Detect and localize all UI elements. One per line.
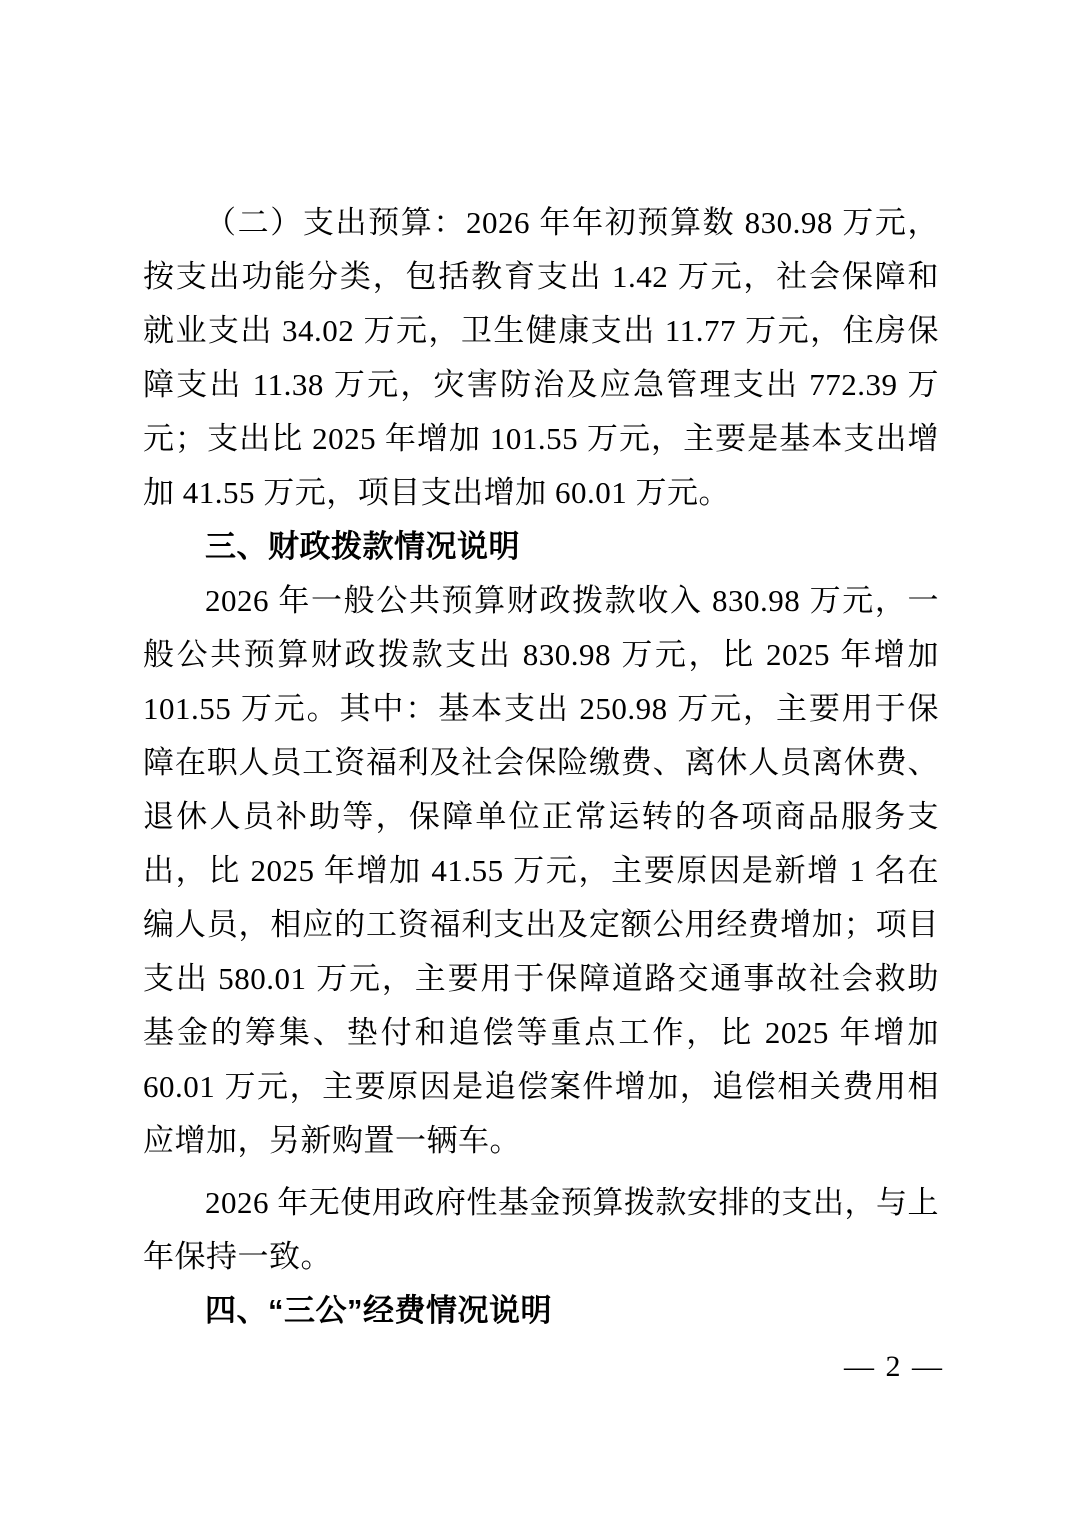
section-heading-fiscal-appropriation: 三、财政拨款情况说明 <box>143 520 939 574</box>
paragraph-fiscal-appropriation-detail: 2026 年一般公共预算财政拨款收入 830.98 万元，一般公共预算财政拨款支… <box>143 574 939 1168</box>
document-content: （二）支出预算：2026 年年初预算数 830.98 万元，按支出功能分类，包括… <box>143 196 939 1338</box>
page-number: — 2 — <box>844 1350 944 1383</box>
paragraph-expenditure-budget: （二）支出预算：2026 年年初预算数 830.98 万元，按支出功能分类，包括… <box>143 196 939 520</box>
page-footer: — 2 — <box>844 1350 944 1384</box>
paragraph-government-fund-note: 2026 年无使用政府性基金预算拨款安排的支出，与上年保持一致。 <box>143 1176 939 1284</box>
document-page: （二）支出预算：2026 年年初预算数 830.98 万元，按支出功能分类，包括… <box>0 0 1074 1520</box>
section-heading-three-public-expenses: 四、“三公”经费情况说明 <box>143 1284 939 1338</box>
